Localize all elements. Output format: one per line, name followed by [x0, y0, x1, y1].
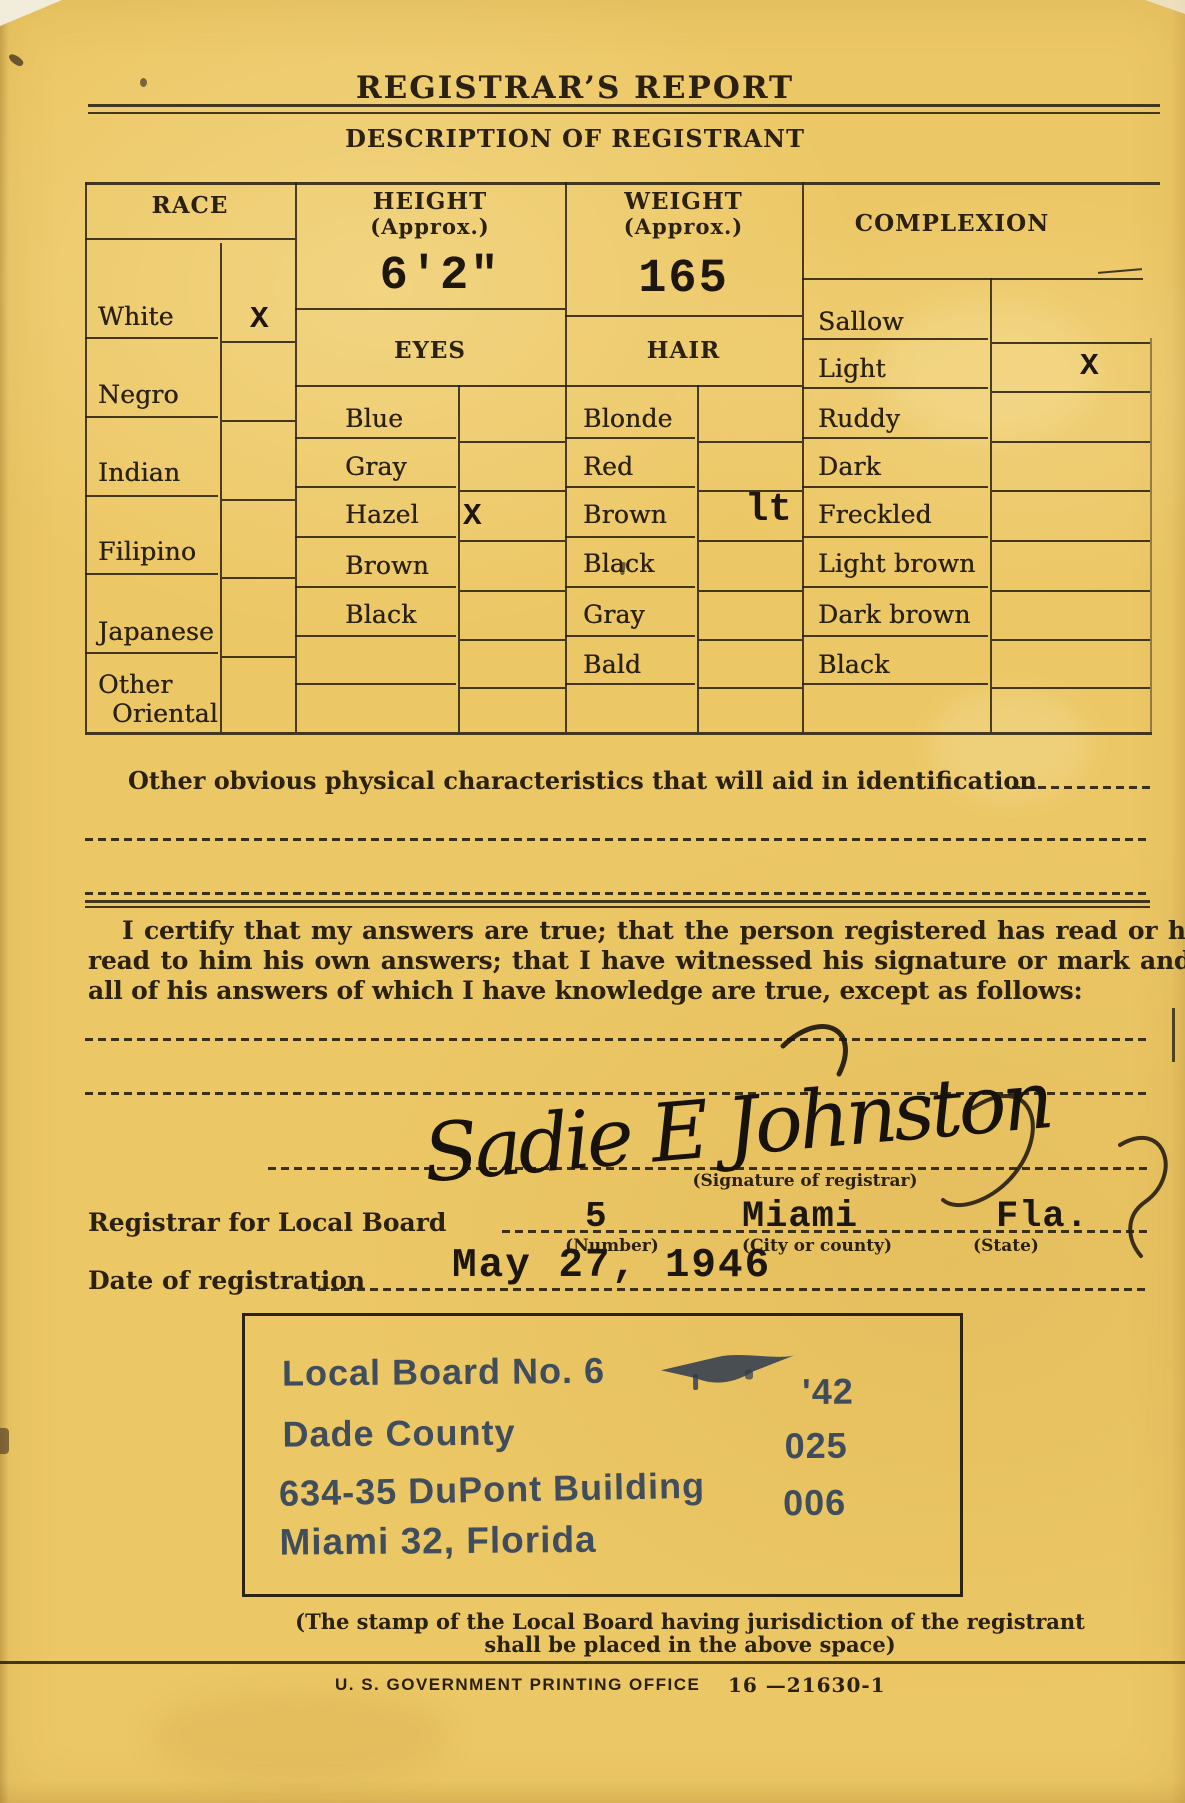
stamp-year: '42	[802, 1371, 854, 1413]
weight-header: WEIGHT	[565, 188, 802, 215]
footer-code: 16 —21630-1	[728, 1673, 886, 1697]
complexion-header-rule-squiggle	[1098, 268, 1142, 274]
race-row-line	[222, 577, 295, 579]
stamp-county-line: Dade County	[282, 1412, 515, 1456]
height-approx-label: (Approx.)	[295, 214, 565, 239]
section-rule	[85, 906, 1150, 908]
blank-dashed-line	[85, 838, 1150, 841]
stamp-code: 025	[784, 1425, 847, 1468]
race-height-divider	[295, 182, 297, 732]
registrar-board-label: Registrar for Local Board	[88, 1208, 446, 1237]
complexion-row-line	[992, 687, 1150, 689]
state-caption: (State)	[936, 1236, 1076, 1256]
table-border-right	[1150, 338, 1152, 732]
race-option-label: White	[98, 302, 174, 331]
eyes-row-line	[460, 540, 565, 542]
hair-row-line	[699, 590, 802, 592]
complexion-mark-light: X	[1080, 349, 1099, 384]
race-option-label: Other Oriental	[84, 670, 232, 728]
signature-caption: (Signature of registrar)	[655, 1171, 955, 1191]
stamp-city-line: Miami 32, Florida	[279, 1519, 597, 1564]
eyes-row-line	[460, 639, 565, 641]
hair-row-line	[699, 687, 802, 689]
pen-mark	[7, 52, 25, 68]
complexion-row-line	[802, 635, 988, 637]
hair-option-label: Red	[583, 452, 633, 481]
eyes-row-line	[295, 586, 456, 588]
complexion-row-line	[992, 441, 1150, 443]
eyes-option-label: Brown	[345, 551, 429, 580]
registrar-report-card: REGISTRAR’S REPORT DESCRIPTION OF REGIST…	[0, 0, 1185, 1803]
eyes-header: EYES	[295, 337, 565, 364]
registrar-signature: Sadie E Johnston	[385, 1012, 1095, 1227]
eyes-mark-hazel: X	[463, 499, 482, 534]
certification-line: read to him his own answers; that I have…	[88, 946, 1185, 975]
table-top-rule	[85, 182, 1160, 185]
eyes-row-line	[295, 536, 456, 538]
other-characteristics-label: Other obvious physical characteristics t…	[128, 766, 1037, 795]
complexion-option-label: Light brown	[818, 549, 975, 578]
race-option-label: Negro	[98, 380, 179, 409]
hair-row-line	[699, 490, 802, 492]
hair-row-line	[565, 437, 695, 439]
weight-value-rule	[565, 315, 802, 317]
eyes-row-line	[295, 683, 456, 685]
stamp-smudge	[657, 1353, 802, 1394]
title-rule	[88, 112, 1160, 114]
race-header-rule	[85, 238, 295, 240]
race-option-label: Indian	[98, 458, 180, 487]
hair-row-line	[565, 635, 695, 637]
eyes-subdivider	[458, 385, 460, 732]
eyes-row-line	[460, 590, 565, 592]
table-bottom-rule	[85, 732, 1152, 735]
hair-option-label: Brown	[583, 500, 667, 529]
stamp-code: 006	[783, 1482, 846, 1525]
signature-flourish	[783, 1027, 845, 1074]
hair-row-line	[699, 639, 802, 641]
hair-header-rule	[565, 385, 802, 387]
complexion-row-line	[992, 590, 1150, 592]
hair-row-line	[699, 540, 802, 542]
pen-mark	[1172, 1008, 1175, 1062]
pen-stroke-over-city	[1095, 1130, 1185, 1260]
hair-header: HAIR	[565, 337, 802, 364]
hair-option-label: Black	[583, 549, 654, 578]
eyes-row-line	[460, 490, 565, 492]
eyes-option-label: Gray	[345, 452, 407, 481]
race-row-line	[222, 656, 295, 658]
complexion-header: COMPLEXION	[802, 210, 1102, 237]
race-option-label: Filipino	[98, 537, 196, 566]
paper-blotch	[150, 1690, 450, 1780]
complexion-header-rule	[802, 278, 1143, 280]
fill-in-dashes	[1012, 786, 1150, 789]
height-value-rule	[295, 308, 565, 310]
eyes-option-label: Black	[345, 600, 416, 629]
stamp-caption-line2: shall be placed in the above space)	[240, 1632, 1140, 1657]
pen-mark	[0, 1428, 9, 1454]
eyes-header-rule	[295, 385, 565, 387]
eyes-row-line	[460, 441, 565, 443]
complexion-row-line	[992, 540, 1150, 542]
complexion-row-line	[802, 387, 988, 389]
complexion-option-label: Light	[818, 354, 886, 383]
race-option-label: Japanese	[98, 617, 214, 646]
complexion-row-line	[992, 639, 1150, 641]
certification-line: all of his answers of which I have knowl…	[88, 976, 1082, 1005]
registration-date-value: May 27, 1946	[452, 1243, 771, 1289]
board-city-value: Miami	[742, 1196, 858, 1238]
race-row-line	[85, 337, 218, 339]
complexion-row-line	[802, 486, 988, 488]
race-subdivider	[220, 243, 222, 732]
complexion-option-label: Sallow	[818, 307, 904, 336]
board-state-value: Fla.	[996, 1196, 1089, 1238]
stamp-address-line: 634-35 DuPont Building	[279, 1465, 706, 1515]
complexion-row-line	[802, 683, 988, 685]
complexion-subdivider	[990, 278, 992, 732]
race-row-line	[85, 495, 218, 497]
certification-line: I certify that my answers are true; that…	[122, 916, 1185, 945]
complexion-option-label: Dark brown	[818, 600, 971, 629]
height-value: 6'2"	[300, 250, 580, 303]
page-title: REGISTRAR’S REPORT	[60, 70, 1090, 106]
complexion-row-line	[802, 437, 988, 439]
race-mark-white: X	[250, 302, 269, 337]
scan-corner-artifact	[0, 0, 62, 26]
race-row-line	[85, 416, 218, 418]
complexion-option-label: Ruddy	[818, 404, 900, 433]
weight-approx-label: (Approx.)	[565, 214, 802, 239]
hair-mark-brown: lt	[745, 488, 792, 532]
complexion-option-label: Dark	[818, 452, 881, 481]
race-header: RACE	[85, 192, 295, 219]
date-dashed-line	[318, 1288, 1150, 1291]
hair-row-line	[699, 441, 802, 443]
title-rule	[88, 104, 1160, 107]
complexion-row-line	[802, 338, 988, 340]
stamp-caption-line1: (The stamp of the Local Board having jur…	[240, 1609, 1140, 1634]
hair-option-label: Gray	[583, 600, 645, 629]
board-number-value: 5	[585, 1196, 607, 1237]
hair-row-line	[565, 536, 695, 538]
eyes-option-label: Blue	[345, 404, 403, 433]
eyes-row-line	[295, 635, 456, 637]
complexion-row-line	[992, 391, 1150, 393]
race-row-line	[85, 573, 218, 575]
race-row-line	[222, 499, 295, 501]
eyes-row-line	[295, 486, 456, 488]
hair-subdivider	[697, 385, 699, 732]
complexion-row-line	[992, 490, 1150, 492]
stamp-board-line: Local Board No. 6	[282, 1350, 605, 1395]
race-row-line	[85, 652, 218, 654]
table-border-left	[85, 182, 87, 732]
hair-row-line	[565, 586, 695, 588]
hair-option-label: Bald	[583, 650, 641, 679]
hair-row-line	[565, 683, 695, 685]
height-header: HEIGHT	[295, 188, 565, 215]
eyes-row-line	[295, 437, 456, 439]
section-title: DESCRIPTION OF REGISTRANT	[60, 124, 1090, 153]
race-row-line	[222, 341, 295, 343]
section-rule	[85, 900, 1150, 903]
footer-printer: U. S. GOVERNMENT PRINTING OFFICE	[335, 1675, 700, 1695]
hair-option-label: Blonde	[583, 404, 673, 433]
race-row-line	[222, 420, 295, 422]
hair-row-line	[565, 486, 695, 488]
weight-complexion-divider	[802, 182, 804, 732]
complexion-row-line	[802, 536, 988, 538]
complexion-row-line	[992, 342, 1150, 344]
complexion-option-label: Freckled	[818, 500, 932, 529]
blank-dashed-line	[85, 892, 1150, 895]
eyes-row-line	[460, 687, 565, 689]
complexion-option-label: Black	[818, 650, 889, 679]
complexion-row-line	[802, 586, 988, 588]
footer-rule	[0, 1661, 1185, 1664]
scan-corner-artifact	[1145, 0, 1185, 14]
weight-value: 165	[565, 253, 802, 306]
eyes-option-label: Hazel	[345, 500, 419, 529]
